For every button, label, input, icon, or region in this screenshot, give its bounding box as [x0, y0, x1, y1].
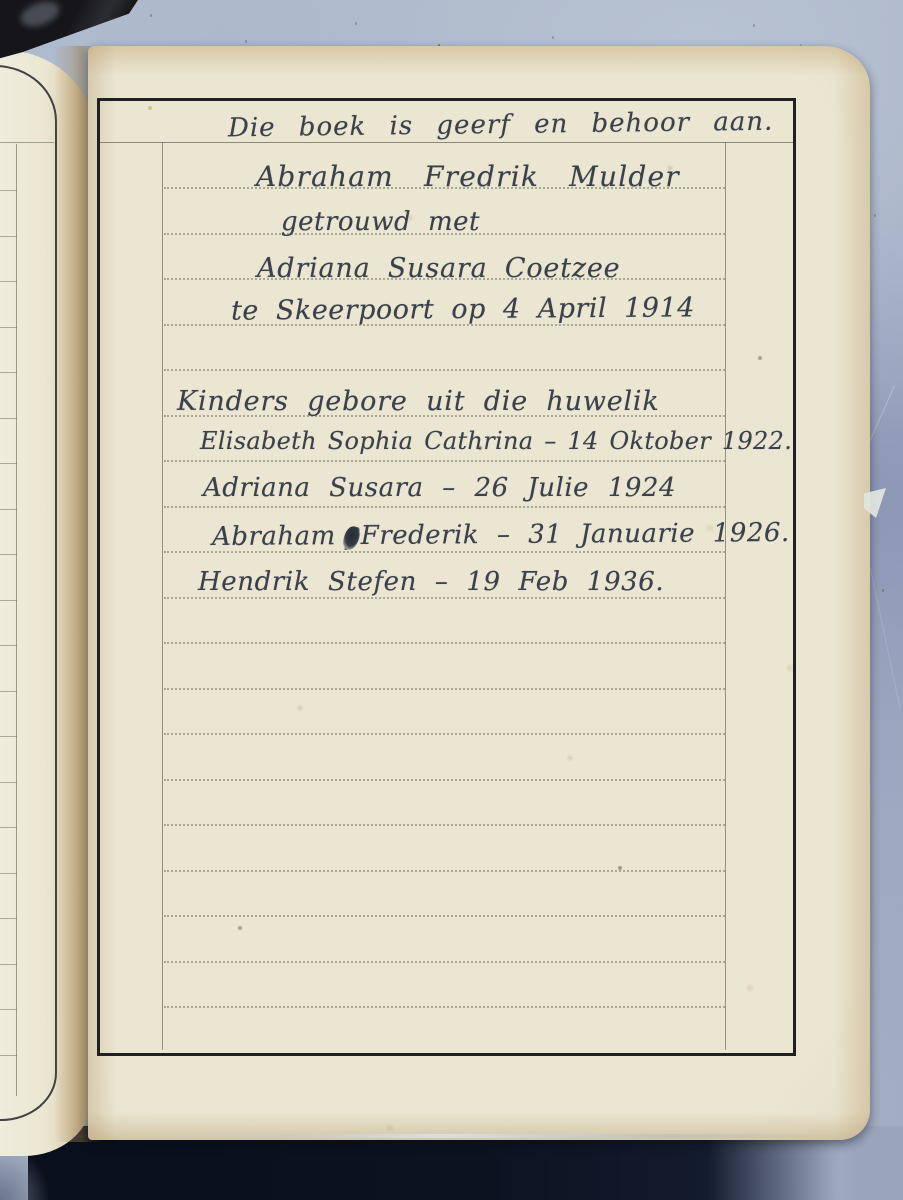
header-rule-line [100, 142, 793, 143]
ownership-title-line: Die boek is geerf en behoor aan. [228, 109, 774, 142]
cover-highlight [17, 0, 62, 31]
right-column-line [725, 142, 726, 1050]
married-with-line: getrouwd met [281, 209, 480, 235]
ruled-line [164, 460, 725, 462]
ink-blot [341, 525, 361, 552]
owner-name-line: Abraham Fredrik Mulder [256, 163, 680, 191]
left-page-ruled-line [0, 827, 17, 828]
child-entry-3-rest: Frederik – 31 Januarie 1926. [361, 518, 790, 551]
ruled-line [164, 506, 725, 508]
page-bottom-edge-highlight [150, 1134, 842, 1138]
ruled-line [164, 870, 725, 872]
left-page-ruled-line [0, 554, 17, 555]
ruled-line [164, 1006, 725, 1008]
photo-of-open-register-book: Die boek is geerf en behoor aan. Abraham… [0, 0, 903, 1200]
left-page-ruled-line [0, 645, 17, 646]
left-page-ruled-line [0, 509, 17, 510]
left-page-ruled-line [0, 1009, 17, 1010]
child-entry-2: Adriana Susara – 26 Julie 1924 [203, 475, 676, 501]
left-page-ruled-line [0, 190, 17, 191]
left-page-ruled-line [0, 1055, 17, 1056]
left-page-ruled-line [0, 281, 17, 282]
child-entry-3: AbrahamFrederik – 31 Januarie 1926. [212, 520, 790, 550]
left-page-ruled-line [0, 418, 17, 419]
register-page: Die boek is geerf en behoor aan. Abraham… [88, 46, 870, 1140]
ruled-line [164, 824, 725, 826]
ruled-line [164, 733, 725, 735]
child-entry-1: Elisabeth Sophia Cathrina – 14 Oktober 1… [200, 429, 792, 453]
left-page-ruled-line [0, 236, 17, 237]
left-page-ruled-line [0, 372, 17, 373]
left-page-ruled-line [0, 600, 17, 601]
table-specks [150, 14, 152, 17]
left-page-header-line [0, 142, 54, 143]
left-page-ruled-lines [0, 190, 17, 1120]
ruled-line [164, 688, 725, 690]
marriage-place-date-line: te Skeerpoort op 4 April 1914 [231, 294, 695, 324]
left-page-ruled-line [0, 691, 17, 692]
page-stains [148, 106, 152, 110]
children-heading: Kinders gebore uit die huwelik [177, 388, 660, 415]
ruled-line [164, 369, 725, 371]
child-entry-4: Hendrik Stefen – 19 Feb 1936. [198, 569, 664, 595]
ruled-line [164, 961, 725, 963]
spouse-name-line: Adriana Susara Coetzee [257, 255, 620, 282]
left-column-line [162, 142, 163, 1050]
child-entry-3-first-name: Abraham [212, 521, 336, 552]
left-page-ruled-line [0, 873, 17, 874]
left-page-ruled-line [0, 964, 17, 965]
left-page-ruled-line [0, 463, 17, 464]
ruled-line [164, 642, 725, 644]
left-page-ruled-line [0, 782, 17, 783]
ruled-line [164, 779, 725, 781]
left-page-ruled-line [0, 736, 17, 737]
left-page-ruled-line [0, 327, 17, 328]
left-page-ruled-line [0, 918, 17, 919]
ruled-line [164, 915, 725, 917]
